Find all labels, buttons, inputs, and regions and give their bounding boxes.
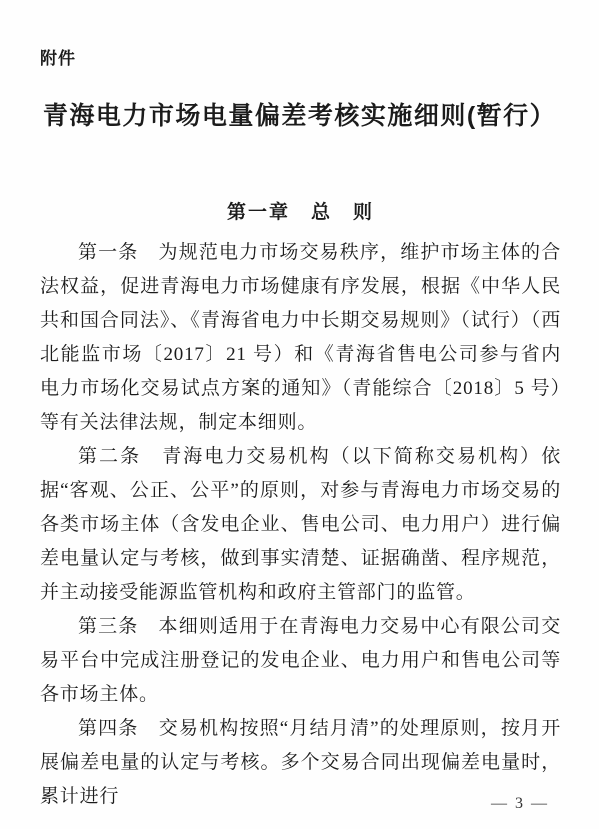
paragraph-article-2: 第二条 青海电力交易机构（以下简称交易机构）依据“客观、公正、公平”的原则，对参… xyxy=(40,440,561,610)
document-title: 青海电力市场电量偏差考核实施细则(暂行） xyxy=(0,96,599,132)
paragraph-article-4: 第四条 交易机构按照“月结月清”的处理原则，按月开展偏差电量的认定与考核。多个交… xyxy=(40,712,561,814)
paragraph-article-3: 第三条 本细则适用于在青海电力交易中心有限公司交易平台中完成注册登记的发电企业、… xyxy=(40,610,561,712)
document-body: 第一章 总 则 第一条 为规范电力市场交易秩序，维护市场主体的合法权益，促进青海… xyxy=(40,196,561,814)
paragraph-article-1: 第一条 为规范电力市场交易秩序，维护市场主体的合法权益，促进青海电力市场健康有序… xyxy=(40,236,561,440)
chapter-heading: 第一章 总 则 xyxy=(40,196,561,230)
page-number: — 3 — xyxy=(491,795,549,813)
attachment-label: 附件 xyxy=(40,44,76,69)
document-page: 附件 青海电力市场电量偏差考核实施细则(暂行） 第一章 总 则 第一条 为规范电… xyxy=(0,0,599,829)
